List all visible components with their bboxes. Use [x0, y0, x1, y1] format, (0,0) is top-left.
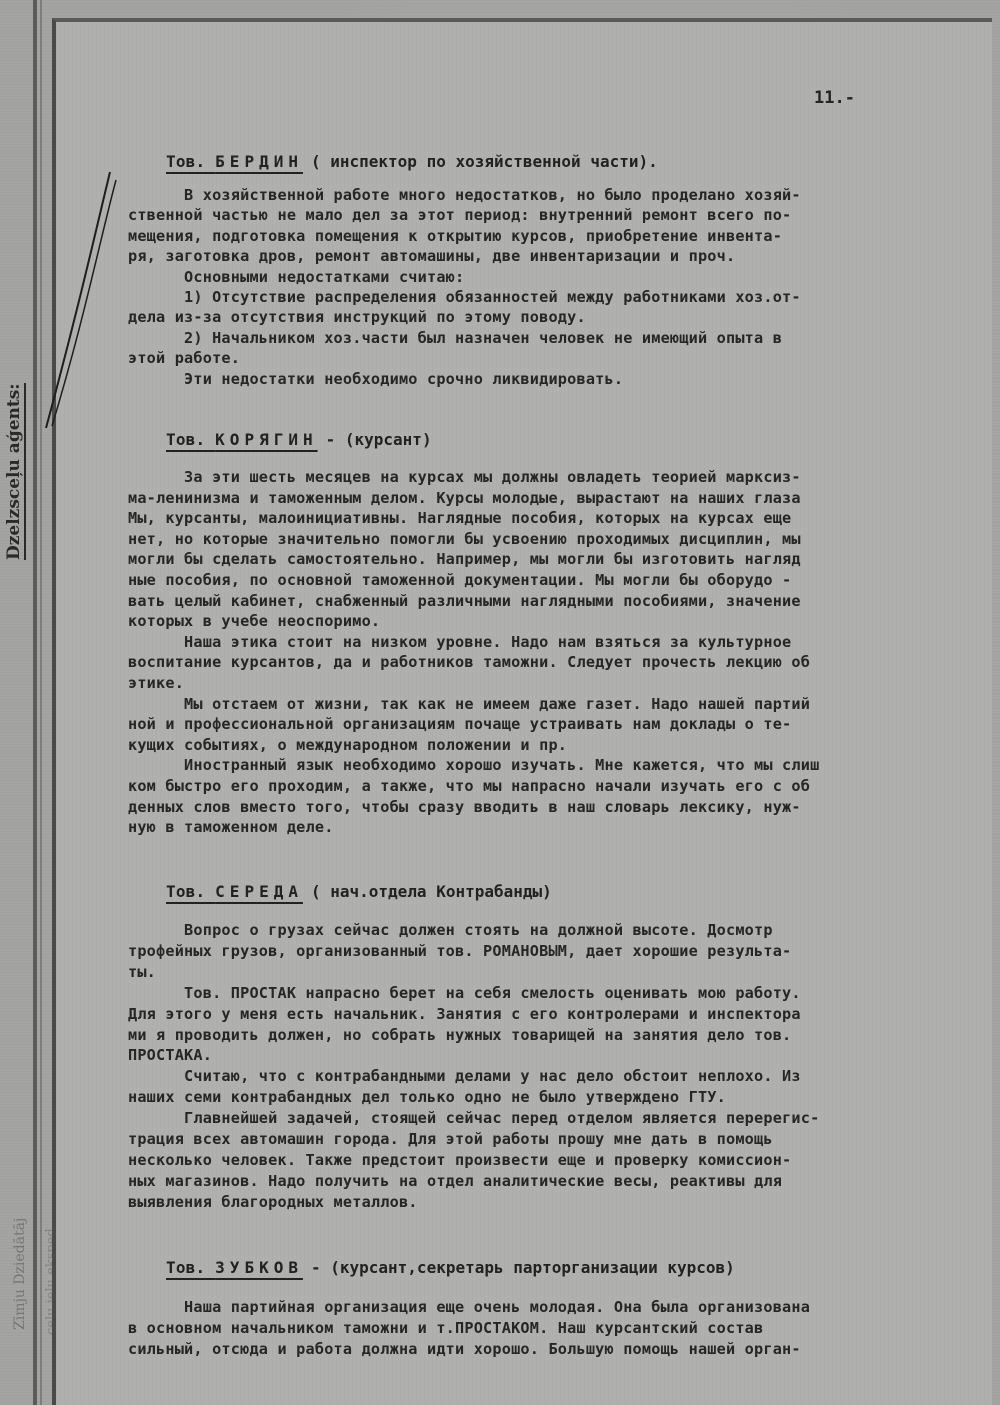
document-line: Мы отстаем от жизни, так как не имеем да… [128, 694, 810, 714]
page-number: 11.- [814, 88, 855, 108]
document-line: ми я проводить должен, но собрать нужных… [128, 1025, 791, 1045]
document-line: выявления благородных металлов. [128, 1192, 418, 1212]
document-line: этике. [128, 673, 184, 693]
document-line: В хозяйственной работе много недостатков… [128, 185, 801, 205]
document-line: 1) Отсутствие распределения обязанностей… [128, 287, 801, 307]
speaker-name: КОРЯГИН [215, 430, 317, 449]
speaker-title: Тов. [166, 152, 215, 171]
document-line: мещения, подготовка помещения к открытию… [128, 226, 782, 246]
document-line: Главнейшей задачей, стоящей сейчас перед… [128, 1108, 819, 1128]
speaker-name: БЕРДИН [215, 152, 303, 171]
document-line: Мы, курсанты, малоинициативны. Наглядные… [128, 508, 791, 528]
document-line: Для этого у меня есть начальник. Занятия… [128, 1004, 801, 1024]
document-line: ные пособия, по основной таможенной доку… [128, 570, 791, 590]
document-line: сильный, отсюда и работа должна идти хор… [128, 1339, 801, 1359]
document-line: Вопрос о грузах сейчас должен стоять на … [128, 920, 773, 940]
margin-stamp-label: Dzelzsceļu aģents: [4, 383, 26, 560]
document-line: наших семи контрабандных дел только одно… [128, 1087, 726, 1107]
document-line: денных слов вместо того, чтобы сразу вво… [128, 797, 801, 817]
document-line: ма-ленинизма и таможенным делом. Курсы м… [128, 488, 801, 508]
document-line: несколько человек. Также предстоит произ… [128, 1150, 791, 1170]
document-line: которых в учебе неоспоримо. [128, 611, 380, 631]
document-line: воспитание курсантов, да и работников та… [128, 652, 810, 672]
document-line: дела из-за отсутствия инструкций по этом… [128, 307, 586, 327]
document-line: Тов. ПРОСТАК напрасно берет на себя смел… [128, 983, 801, 1003]
document-line: нет, но которые значительно помогли бы у… [128, 529, 801, 549]
speaker-role: ( нач.отдела Контрабанды) [311, 882, 552, 901]
speaker-heading: Тов. КОРЯГИН- (курсант) [166, 430, 432, 449]
document-line: в основном начальником таможни и т.ПРОСТ… [128, 1318, 763, 1338]
speaker-name: ЗУБКОВ [215, 1258, 303, 1277]
document-line: ных магазинов. Надо получить на отдел ан… [128, 1171, 782, 1191]
document-line: ПРОСТАКА. [128, 1045, 212, 1065]
speaker-role: - (курсант,секретарь парторганизации кур… [311, 1258, 735, 1277]
document-line: За эти шесть месяцев на курсах мы должны… [128, 467, 801, 487]
document-line: ной и профессиональной организациям поча… [128, 714, 791, 734]
document-line: Основными недостатками считаю: [128, 267, 464, 287]
speaker-role: - (курсант) [326, 430, 432, 449]
speaker-name: СЕРЕДА [215, 882, 303, 901]
document-line: трация всех автомашин города. Для этой р… [128, 1129, 773, 1149]
speaker-title: Тов. [166, 430, 215, 449]
document-line: ственной частью не мало дел за этот пери… [128, 205, 791, 225]
document-line: 2) Начальником хоз.части был назначен че… [128, 328, 782, 348]
document-line: Наша этика стоит на низком уровне. Надо … [128, 632, 791, 652]
binding-edge [33, 0, 37, 1405]
document-line: ря, заготовка дров, ремонт автомашины, д… [128, 246, 735, 266]
document-line: ную в таможенном деле. [128, 817, 334, 837]
document-line: ком быстро его проходим, а также, что мы… [128, 776, 810, 796]
document-line: вать целый кабинет, снабженный различным… [128, 591, 801, 611]
document-line: Считаю, что с контрабандными делами у на… [128, 1066, 801, 1086]
document-line: могли бы сделать самостоятельно. Наприме… [128, 549, 801, 569]
speaker-heading: Тов. БЕРДИН( инспектор по хозяйственной … [166, 152, 658, 171]
margin-faded-text: Zīmju Dziedātāj [12, 1218, 28, 1330]
document-line: кущих событиях, о международном положени… [128, 735, 567, 755]
document-line: ты. [128, 962, 156, 982]
document-line: Наша партийная организация еще очень мол… [128, 1297, 810, 1317]
speaker-role: ( инспектор по хозяйственной части). [311, 152, 658, 171]
pencil-margin-mark-icon [38, 170, 118, 430]
speaker-heading: Тов. СЕРЕДА( нач.отдела Контрабанды) [166, 882, 552, 901]
typed-page: 11.- Тов. БЕРДИН( инспектор по хозяйстве… [52, 18, 992, 1405]
speaker-title: Тов. [166, 1258, 215, 1277]
document-line: этой работе. [128, 348, 240, 368]
speaker-heading: Тов. ЗУБКОВ- (курсант,секретарь парторга… [166, 1258, 735, 1277]
document-line: Эти недостатки необходимо срочно ликвиди… [128, 369, 623, 389]
speaker-title: Тов. [166, 882, 215, 901]
document-line: трофейных грузов, организованный тов. РО… [128, 941, 791, 961]
document-line: Иностранный язык необходимо хорошо изуча… [128, 755, 819, 775]
